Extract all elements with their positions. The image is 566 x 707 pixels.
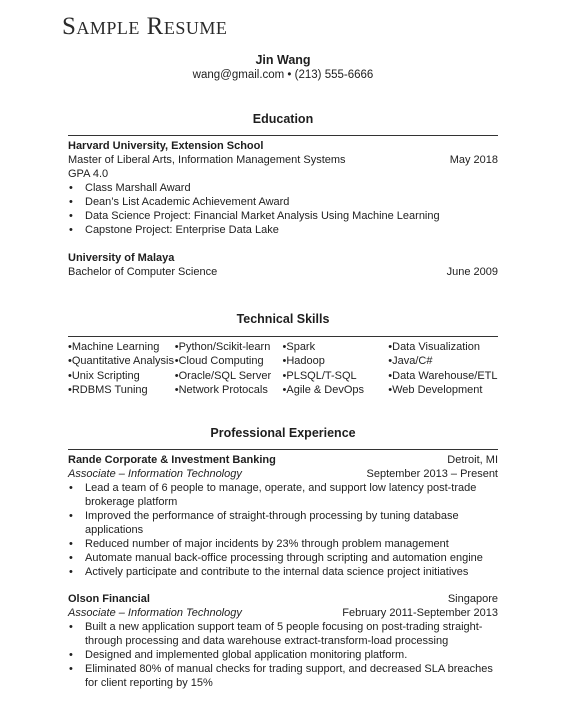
skill-item: Data Visualization: [388, 340, 508, 354]
contact-info: wang@gmail.com • (213) 555-6666: [0, 68, 566, 82]
job-entry-rande: Rande Corporate & Investment Banking Det…: [68, 453, 498, 579]
education-bullets: Class Marshall Award Dean’s List Academi…: [68, 181, 498, 237]
skills-column: Python/Scikit-learn Cloud Computing Orac…: [175, 340, 283, 397]
job-bullets: Lead a team of 6 people to manage, opera…: [68, 481, 498, 579]
candidate-name: Jin Wang: [0, 52, 566, 68]
skill-item: Agile & DevOps: [283, 383, 389, 397]
list-item: Dean’s List Academic Achievement Award: [68, 195, 498, 209]
degree: Bachelor of Computer Science: [68, 265, 217, 279]
job-dates: September 2013 – Present: [367, 467, 498, 481]
list-item: Built a new application support team of …: [68, 620, 498, 648]
job-location: Detroit, MI: [447, 453, 498, 467]
list-item: Class Marshall Award: [68, 181, 498, 195]
skill-item: Python/Scikit-learn: [175, 340, 283, 354]
experience-divider: [68, 449, 498, 450]
skill-item: Web Development: [388, 383, 508, 397]
document-title: Sample Resume: [62, 12, 227, 42]
school-name: University of Malaya: [68, 251, 174, 265]
job-entry-olson: Olson Financial Singapore Associate – In…: [68, 592, 498, 690]
skills-column: Machine Learning Quantitative Analysis U…: [68, 340, 175, 397]
list-item: Eliminated 80% of manual checks for trad…: [68, 662, 498, 690]
skill-item: Data Warehouse/ETL: [388, 369, 508, 383]
job-bullets: Built a new application support team of …: [68, 620, 498, 690]
company-name: Rande Corporate & Investment Banking: [68, 453, 276, 467]
list-item: Designed and implemented global applicat…: [68, 648, 498, 662]
skill-item: Machine Learning: [68, 340, 175, 354]
experience-heading: Professional Experience: [0, 425, 566, 441]
list-item: Actively participate and contribute to t…: [68, 565, 498, 579]
skill-item: Cloud Computing: [175, 354, 283, 368]
skill-item: Java/C#: [388, 354, 508, 368]
gpa: GPA 4.0: [68, 167, 498, 181]
list-item: Automate manual back-office processing t…: [68, 551, 498, 565]
skills-grid: Machine Learning Quantitative Analysis U…: [68, 340, 508, 397]
education-divider: [68, 135, 498, 136]
skill-item: RDBMS Tuning: [68, 383, 175, 397]
education-heading: Education: [0, 111, 566, 127]
list-item: Lead a team of 6 people to manage, opera…: [68, 481, 498, 509]
education-entry-harvard: Harvard University, Extension School Mas…: [68, 139, 498, 237]
skill-item: Unix Scripting: [68, 369, 175, 383]
skill-item: Spark: [283, 340, 389, 354]
skill-item: Hadoop: [283, 354, 389, 368]
list-item: Data Science Project: Financial Market A…: [68, 209, 498, 223]
job-role: Associate – Information Technology: [68, 606, 242, 620]
degree: Master of Liberal Arts, Information Mana…: [68, 153, 346, 167]
school-name: Harvard University, Extension School: [68, 139, 263, 153]
company-name: Olson Financial: [68, 592, 150, 606]
skills-heading: Technical Skills: [0, 311, 566, 327]
skill-item: PLSQL/T-SQL: [283, 369, 389, 383]
education-entry-malaya: University of Malaya Bachelor of Compute…: [68, 251, 498, 279]
skill-item: Network Protocals: [175, 383, 283, 397]
resume-header: Jin Wang wang@gmail.com • (213) 555-6666: [0, 52, 566, 82]
job-dates: February 2011-September 2013: [342, 606, 498, 620]
graduation-date: May 2018: [450, 153, 498, 167]
skill-item: Quantitative Analysis: [68, 354, 175, 368]
list-item: Capstone Project: Enterprise Data Lake: [68, 223, 498, 237]
list-item: Reduced number of major incidents by 23%…: [68, 537, 498, 551]
job-role: Associate – Information Technology: [68, 467, 242, 481]
job-location: Singapore: [448, 592, 498, 606]
graduation-date: June 2009: [447, 265, 498, 279]
skills-column: Data Visualization Java/C# Data Warehous…: [388, 340, 508, 397]
skill-item: Oracle/SQL Server: [175, 369, 283, 383]
skills-column: Spark Hadoop PLSQL/T-SQL Agile & DevOps: [283, 340, 389, 397]
list-item: Improved the performance of straight-thr…: [68, 509, 498, 537]
skills-divider: [68, 336, 498, 337]
